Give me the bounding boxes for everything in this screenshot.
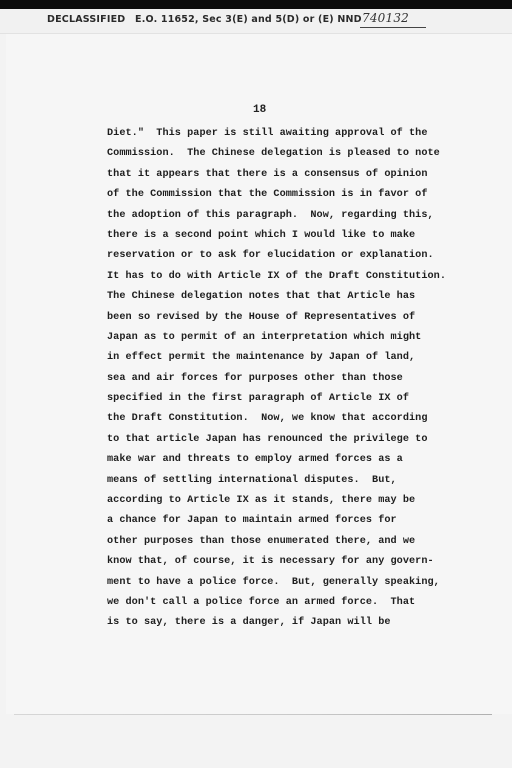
text-line: that it appears that there is a consensu… [107, 165, 477, 185]
text-line: It has to do with Article IX of the Draf… [107, 267, 477, 287]
text-line: sea and air forces for purposes other th… [107, 369, 477, 389]
text-line: Japan as to permit of an interpretation … [107, 328, 477, 348]
text-line: is to say, there is a danger, if Japan w… [107, 613, 477, 633]
text-line: ment to have a police force. But, genera… [107, 573, 477, 593]
text-line: been so revised by the House of Represen… [107, 308, 477, 328]
scan-bottom-margin [0, 715, 512, 768]
text-line: in effect permit the maintenance by Japa… [107, 348, 477, 368]
nnd-number: 740132 [362, 11, 409, 25]
text-line: other purposes than those enumerated the… [107, 532, 477, 552]
text-line: make war and threats to employ armed for… [107, 450, 477, 470]
text-line: means of settling international disputes… [107, 471, 477, 491]
text-line: The Chinese delegation notes that that A… [107, 287, 477, 307]
declassified-label: DECLASSIFIED [47, 14, 125, 25]
nnd-underline [360, 27, 426, 28]
declassification-stamp: DECLASSIFIED E.O. 11652, Sec 3(E) and 5(… [0, 9, 512, 34]
text-line: we don't call a police force an armed fo… [107, 593, 477, 613]
text-line: to that article Japan has renounced the … [107, 430, 477, 450]
text-line: reservation or to ask for elucidation or… [107, 246, 477, 266]
text-line: according to Article IX as it stands, th… [107, 491, 477, 511]
body-text: Diet." This paper is still awaiting appr… [107, 124, 477, 634]
authority-text: E.O. 11652, Sec 3(E) and 5(D) or (E) NND [135, 14, 362, 25]
text-line: Diet." This paper is still awaiting appr… [107, 124, 477, 144]
scan-top-border [0, 0, 512, 9]
text-line: the adoption of this paragraph. Now, reg… [107, 206, 477, 226]
text-line: know that, of course, it is necessary fo… [107, 552, 477, 572]
text-line: specified in the first paragraph of Arti… [107, 389, 477, 409]
text-line: of the Commission that the Commission is… [107, 185, 477, 205]
text-line: Commission. The Chinese delegation is pl… [107, 144, 477, 164]
text-line: there is a second point which I would li… [107, 226, 477, 246]
text-line: the Draft Constitution. Now, we know tha… [107, 409, 477, 429]
text-line: a chance for Japan to maintain armed for… [107, 511, 477, 531]
page-number: 18 [253, 104, 266, 116]
